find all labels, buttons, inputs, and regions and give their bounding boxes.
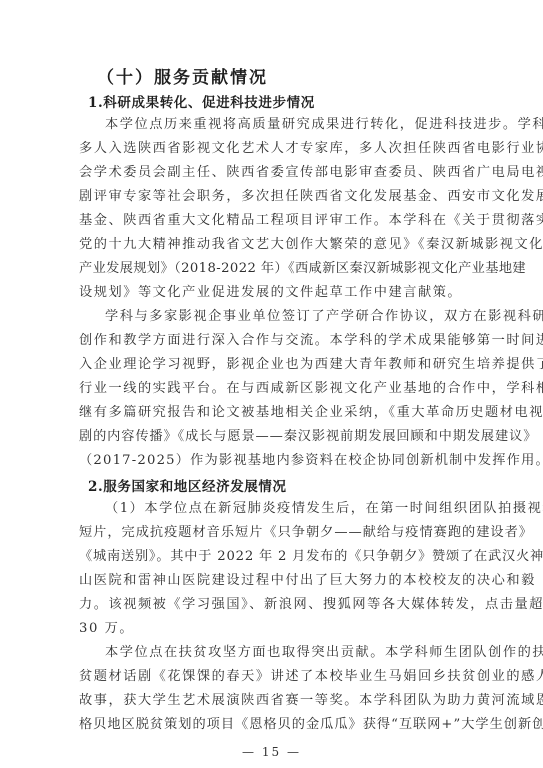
paragraph-line: 《城南送别》。其中于 2022 年 2 月发布的《只争朝夕》赞颂了在武汉火神 [79,549,469,565]
paragraph-line: 基金、陕西省重大文化精品工程项目评审工作。本学科在《关于贯彻落实 [79,213,469,229]
paragraph-line: 继有多篇研究报告和论文被基地相关企业采纳，《重大革命历史题材电视 [79,405,469,421]
paragraph-line: 故事，获大学生艺术展演陕西省赛一等奖。本学科团队为助力黄河流域恩 [79,693,469,709]
paragraph-line: 多人入选陕西省影视文化艺术人才专家库，多人次担任陕西省电影行业协 [79,141,469,157]
section-title: （十）服务贡献情况 [97,63,268,88]
paragraph-line: 会学术委员会副主任、陕西省委宣传部电影审查委员、陕西省广电局电视 [79,165,469,181]
paragraph-line: 入企业理论学习视野，影视企业也为西建大青年教师和研究生培养提供了 [79,357,469,373]
paragraph-line: 产业发展规划》（2018-2022 年）《西咸新区秦汉新城影视文化产业基地建 [79,261,469,277]
paragraph-line: （1）本学位点在新冠肺炎疫情发生后，在第一时间组织团队拍摄视频 [105,501,469,517]
paragraph-line: 格贝地区脱贫策划的项目《恩格贝的金瓜瓜》获得“互联网+”大学生创新创 [79,717,469,733]
paragraph-line: 短片，完成抗疫题材音乐短片《只争朝夕——献给与疫情赛跑的建设者》 [79,525,469,541]
paragraph-line: 党的十九大精神推动我省文艺大创作大繁荣的意见》《秦汉新城影视文化 [79,237,469,253]
paragraph-line: 设规划》等文化产业促进发展的文件起草工作中建言献策。 [79,285,469,301]
paragraph-line: （2017-2025）作为影视基地内参资料在校企协同创新机制中发挥作用。 [79,453,469,469]
subsection-heading-2: 2.服务国家和地区经济发展情况 [88,475,287,495]
paragraph-line: 行业一线的实践平台。在与西咸新区影视文化产业基地的合作中，学科相 [79,381,469,397]
paragraph-line: 剧评审专家等社会职务，多次担任陕西省文化发展基金、西安市文化发展 [79,189,469,205]
paragraph-line: 学科与多家影视企事业单位签订了产学研合作协议，双方在影视科研、 [105,309,469,325]
document-page: （十）服务贡献情况 1.科研成果转化、促进科技进步情况 本学位点历来重视将高质量… [0,0,543,768]
paragraph-line: 贫题材话剧《花馃馃的春天》讲述了本校毕业生马娟回乡扶贫创业的感人 [79,669,469,685]
paragraph-line: 力。该视频被《学习强国》、新浪网、搜狐网等各大媒体转发，点击量超 [79,597,469,613]
subsection-heading-1: 1.科研成果转化、促进科技进步情况 [88,91,315,111]
paragraph-line: 山医院和雷神山医院建设过程中付出了巨大努力的本校校友的决心和毅 [79,573,469,589]
page-number: — 15 — [0,745,543,759]
paragraph-line: 剧的内容传播》《成长与愿景——秦汉影视前期发展回顾和中期发展建议》 [79,429,469,445]
paragraph-line: 本学位点在扶贫攻坚方面也取得突出贡献。本学科师生团队创作的扶 [105,645,469,661]
paragraph-line: 30 万。 [79,621,469,637]
paragraph-line: 本学位点历来重视将高质量研究成果进行转化，促进科技进步。学科 [105,117,469,133]
paragraph-line: 创作和教学方面进行深入合作与交流。本学科的学术成果能够第一时间进 [79,333,469,349]
